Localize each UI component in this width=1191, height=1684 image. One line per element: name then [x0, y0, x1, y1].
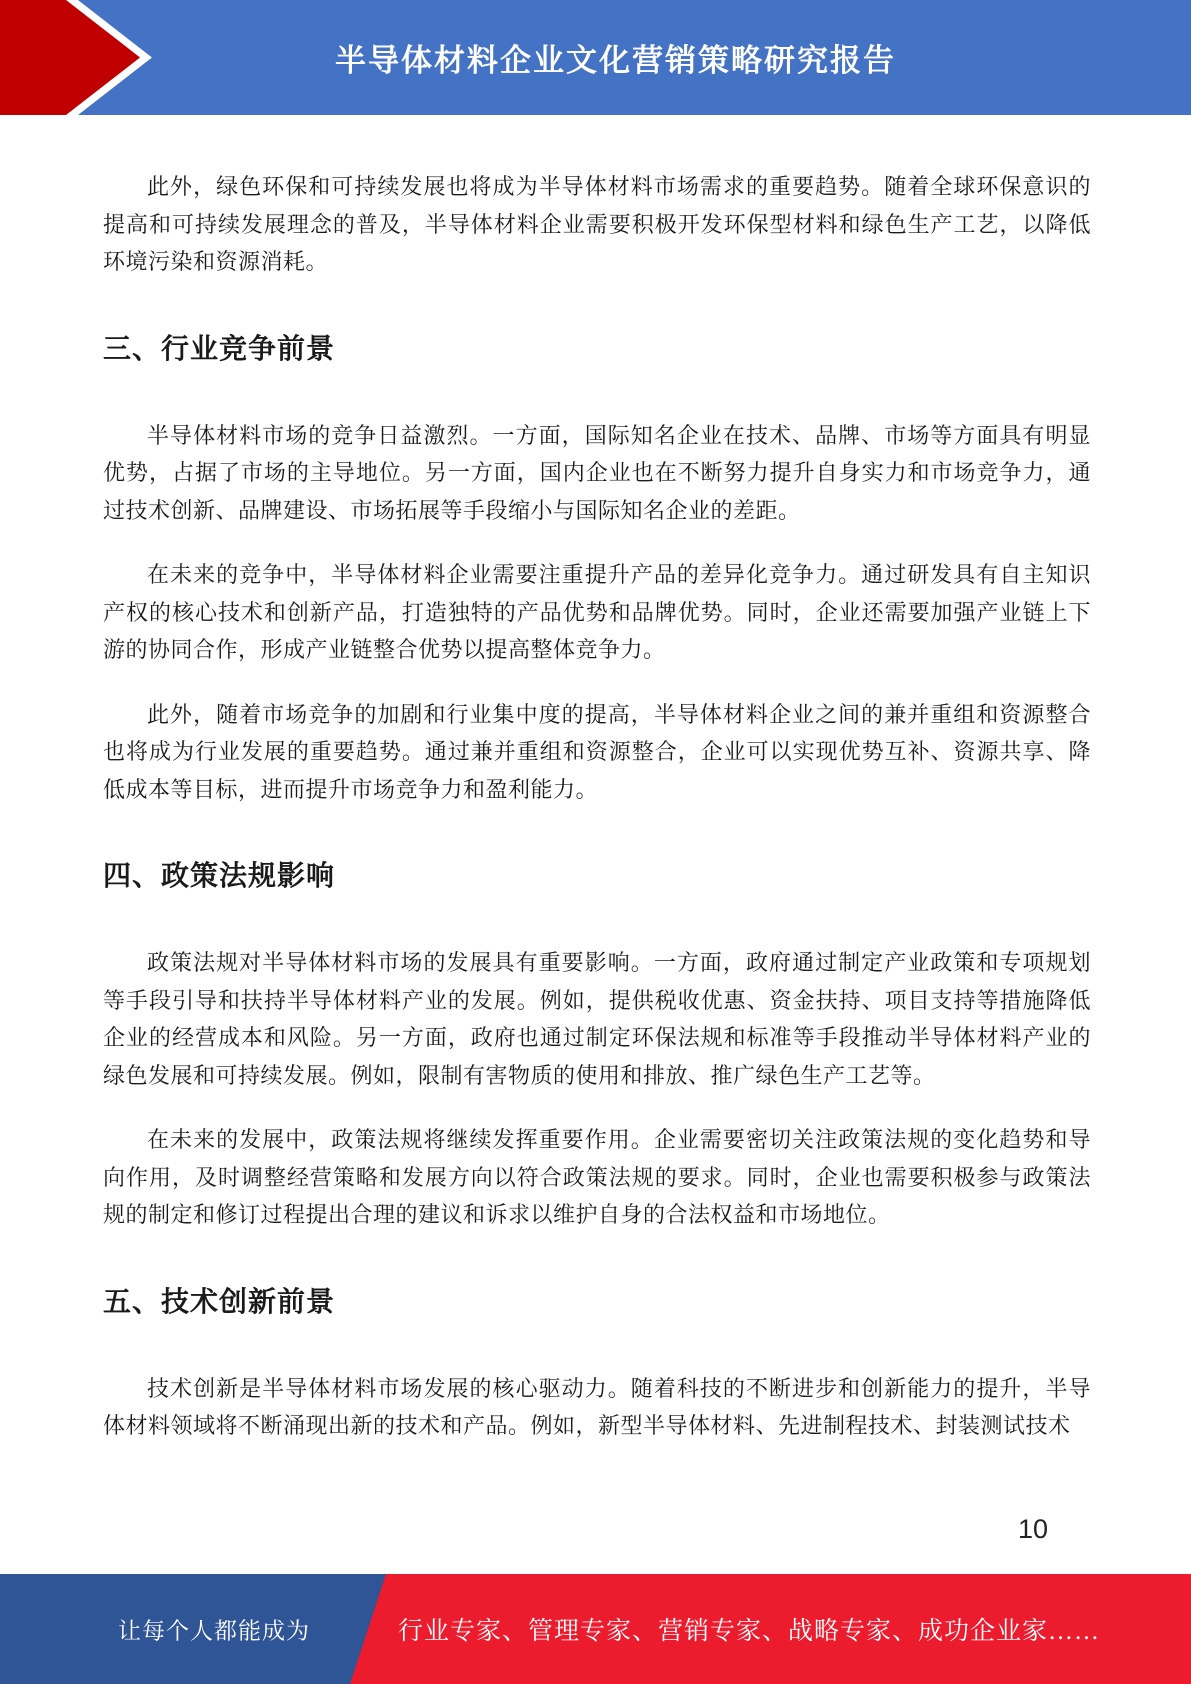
paragraph: 技术创新是半导体材料市场发展的核心驱动力。随着科技的不断进步和创新能力的提升，半… [103, 1370, 1091, 1445]
document-content: 此外，绿色环保和可持续发展也将成为半导体材料市场需求的重要趋势。随着全球环保意识… [103, 115, 1091, 1472]
section-heading-5: 五、技术创新前景 [103, 1280, 1091, 1320]
paragraph: 此外，绿色环保和可持续发展也将成为半导体材料市场需求的重要趋势。随着全球环保意识… [103, 168, 1091, 281]
report-page: 半导体材料企业文化营销策略研究报告 此外，绿色环保和可持续发展也将成为半导体材料… [0, 0, 1191, 1684]
section-heading-4: 四、政策法规影响 [103, 854, 1091, 894]
header-banner: 半导体材料企业文化营销策略研究报告 [0, 0, 1191, 115]
paragraph: 政策法规对半导体材料市场的发展具有重要影响。一方面，政府通过制定产业政策和专项规… [103, 944, 1091, 1094]
footer-banner: 让每个人都能成为 行业专家、管理专家、营销专家、战略专家、成功企业家…… [0, 1574, 1191, 1684]
footer-slogan-right: 行业专家、管理专家、营销专家、战略专家、成功企业家…… [398, 1611, 1100, 1647]
page-number: 10 [1018, 1514, 1048, 1545]
red-arrow-icon [0, 0, 170, 115]
paragraph: 此外，随着市场竞争的加剧和行业集中度的提高，半导体材料企业之间的兼并重组和资源整… [103, 696, 1091, 809]
page-title: 半导体材料企业文化营销策略研究报告 [170, 0, 1061, 115]
footer-slogan-left: 让每个人都能成为 [0, 1613, 310, 1646]
paragraph: 半导体材料市场的竞争日益激烈。一方面，国际知名企业在技术、品牌、市场等方面具有明… [103, 417, 1091, 530]
paragraph: 在未来的发展中，政策法规将继续发挥重要作用。企业需要密切关注政策法规的变化趋势和… [103, 1121, 1091, 1234]
section-heading-3: 三、行业竞争前景 [103, 327, 1091, 367]
paragraph: 在未来的竞争中，半导体材料企业需要注重提升产品的差异化竞争力。通过研发具有自主知… [103, 556, 1091, 669]
